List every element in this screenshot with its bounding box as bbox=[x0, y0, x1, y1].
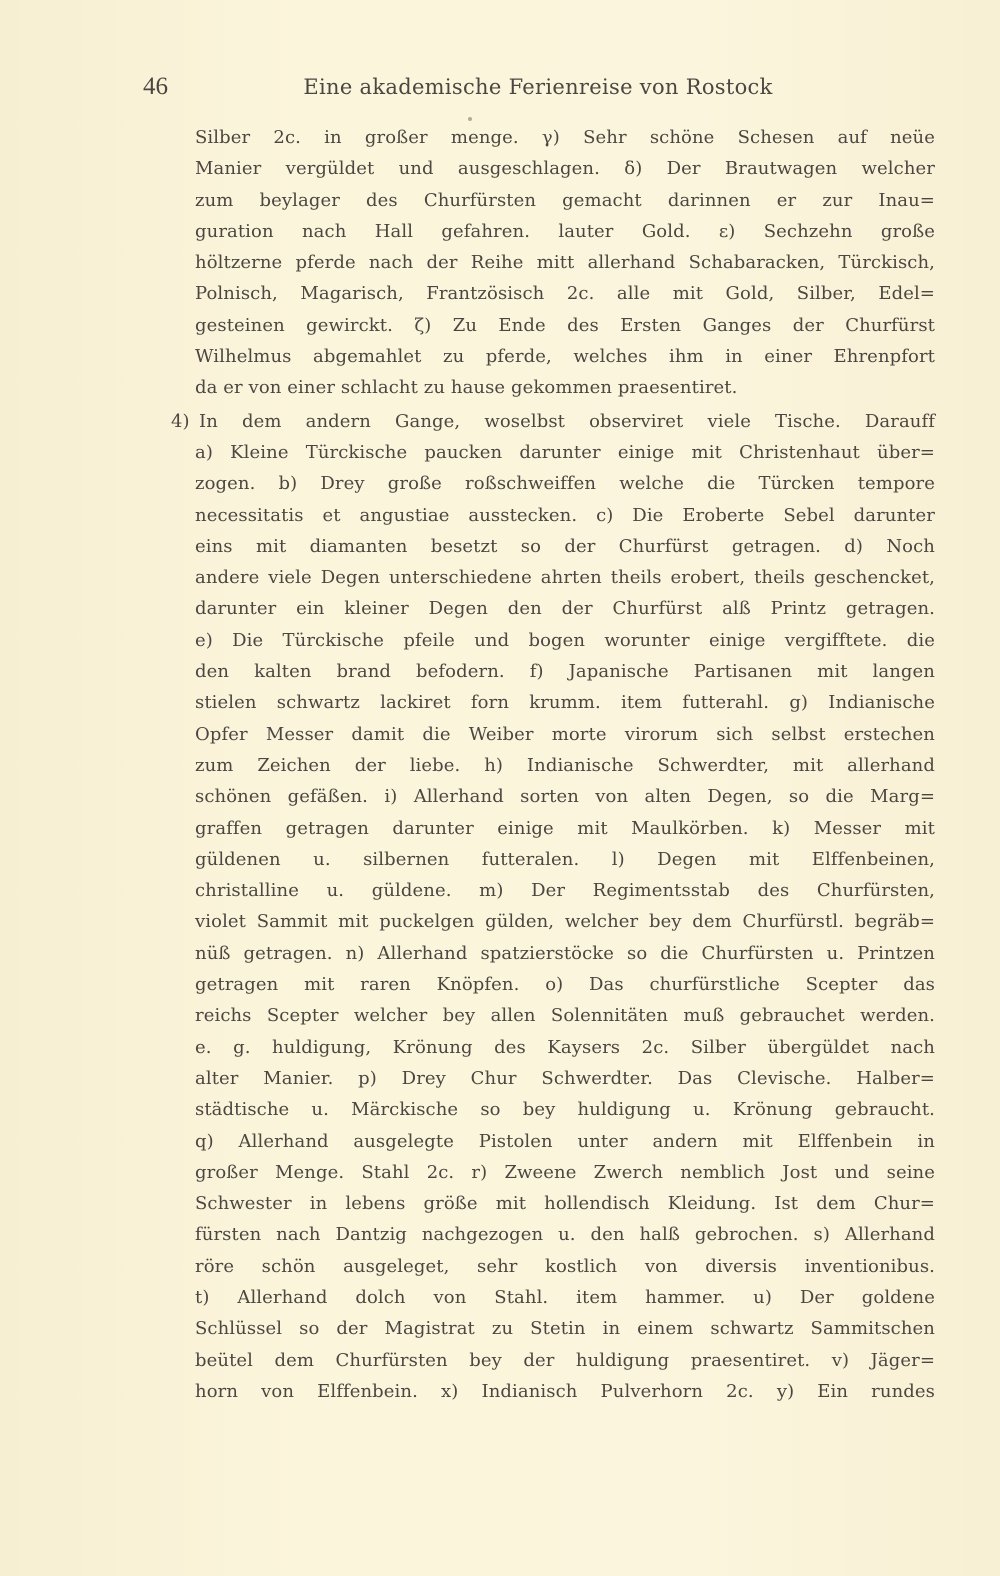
text-line: fürsten nach Dantzig nachgezogen u. den … bbox=[195, 1219, 935, 1250]
text-line: graffen getragen darunter einige mit Mau… bbox=[195, 813, 935, 844]
text-line: stielen schwartz lackiret forn krumm. it… bbox=[195, 687, 935, 718]
text-line: da er von einer schlacht zu hause gekomm… bbox=[195, 372, 935, 403]
text-line: Manier vergüldet und ausgeschlagen. δ) D… bbox=[195, 153, 935, 184]
text-line: nüß getragen. n) Allerhand spatzierstöck… bbox=[195, 938, 935, 969]
text-line: Opfer Messer damit die Weiber morte viro… bbox=[195, 719, 935, 750]
text-line: den kalten brand befodern. f) Japanische… bbox=[195, 656, 935, 687]
text-line: e. g. huldigung, Krönung des Kaysers 2c.… bbox=[195, 1032, 935, 1063]
text-line: necessitatis et angustiae ausstecken. c)… bbox=[195, 500, 935, 531]
text-line: beütel dem Churfürsten bey der huldigung… bbox=[195, 1345, 935, 1376]
text-line: Wilhelmus abgemahlet zu pferde, welches … bbox=[195, 341, 935, 372]
text-line: röre schön ausgeleget, sehr kostlich von… bbox=[195, 1251, 935, 1282]
text-line: städtische u. Märckische so bey huldigun… bbox=[195, 1094, 935, 1125]
text-line: zogen. b) Drey große roßschweiffen welch… bbox=[195, 468, 935, 499]
text-line: güldenen u. silbernen futteralen. l) Deg… bbox=[195, 844, 935, 875]
text-line: Silber 2c. in großer menge. γ) Sehr schö… bbox=[195, 122, 935, 153]
running-title: Eine akademische Ferienreise von Rostock bbox=[143, 70, 933, 104]
text-line: Polnisch, Magarisch, Frantzösisch 2c. al… bbox=[195, 278, 935, 309]
text-line: eins mit diamanten besetzt so der Churfü… bbox=[195, 531, 935, 562]
text-line: t) Allerhand dolch von Stahl. item hamme… bbox=[195, 1282, 935, 1313]
text-line: q) Allerhand ausgelegte Pistolen unter a… bbox=[195, 1126, 935, 1157]
body-text: Silber 2c. in großer menge. γ) Sehr schö… bbox=[195, 122, 935, 1407]
text-line: reichs Scepter welcher bey allen Solenni… bbox=[195, 1000, 935, 1031]
text-line: darunter ein kleiner Degen den der Churf… bbox=[195, 593, 935, 624]
text-line: e) Die Türckische pfeile und bogen worun… bbox=[195, 625, 935, 656]
text-line: getragen mit raren Knöpfen. o) Das churf… bbox=[195, 969, 935, 1000]
text-line: Schwester in lebens größe mit hollendisc… bbox=[195, 1188, 935, 1219]
text-line: schönen gefäßen. i) Allerhand sorten von… bbox=[195, 781, 935, 812]
text-line: a) Kleine Türckische paucken darunter ei… bbox=[195, 437, 935, 468]
text-line: höltzerne pferde nach der Reihe mitt all… bbox=[195, 247, 935, 278]
text-line: gesteinen gewirckt. ζ) Zu Ende des Erste… bbox=[195, 310, 935, 341]
item-4-number: 4) bbox=[171, 406, 189, 437]
page-header: 46 Eine akademische Ferienreise von Rost… bbox=[143, 70, 933, 110]
text-line: zum Zeichen der liebe. h) Indianische Sc… bbox=[195, 750, 935, 781]
book-page: 46 Eine akademische Ferienreise von Rost… bbox=[0, 0, 1000, 1576]
item-4-section: 4) In dem andern Gange, woselbst observi… bbox=[195, 406, 935, 1408]
text-line: christalline u. güldene. m) Der Regiment… bbox=[195, 875, 935, 906]
text-line: alter Manier. p) Drey Chur Schwerdter. D… bbox=[195, 1063, 935, 1094]
text-line: großer Menge. Stahl 2c. r) Zweene Zwerch… bbox=[195, 1157, 935, 1188]
text-line: Schlüssel so der Magistrat zu Stetin in … bbox=[195, 1313, 935, 1344]
text-line: violet Sammit mit puckelgen gülden, welc… bbox=[195, 906, 935, 937]
text-line: horn von Elffenbein. x) Indianisch Pulve… bbox=[195, 1376, 935, 1407]
text-line: In dem andern Gange, woselbst observiret… bbox=[199, 406, 935, 437]
text-line: andere viele Degen unterschiedene ahrten… bbox=[195, 562, 935, 593]
text-line: zum beylager des Churfürsten gemacht dar… bbox=[195, 185, 935, 216]
text-line: guration nach Hall gefahren. lauter Gold… bbox=[195, 216, 935, 247]
ink-speck bbox=[468, 117, 472, 121]
